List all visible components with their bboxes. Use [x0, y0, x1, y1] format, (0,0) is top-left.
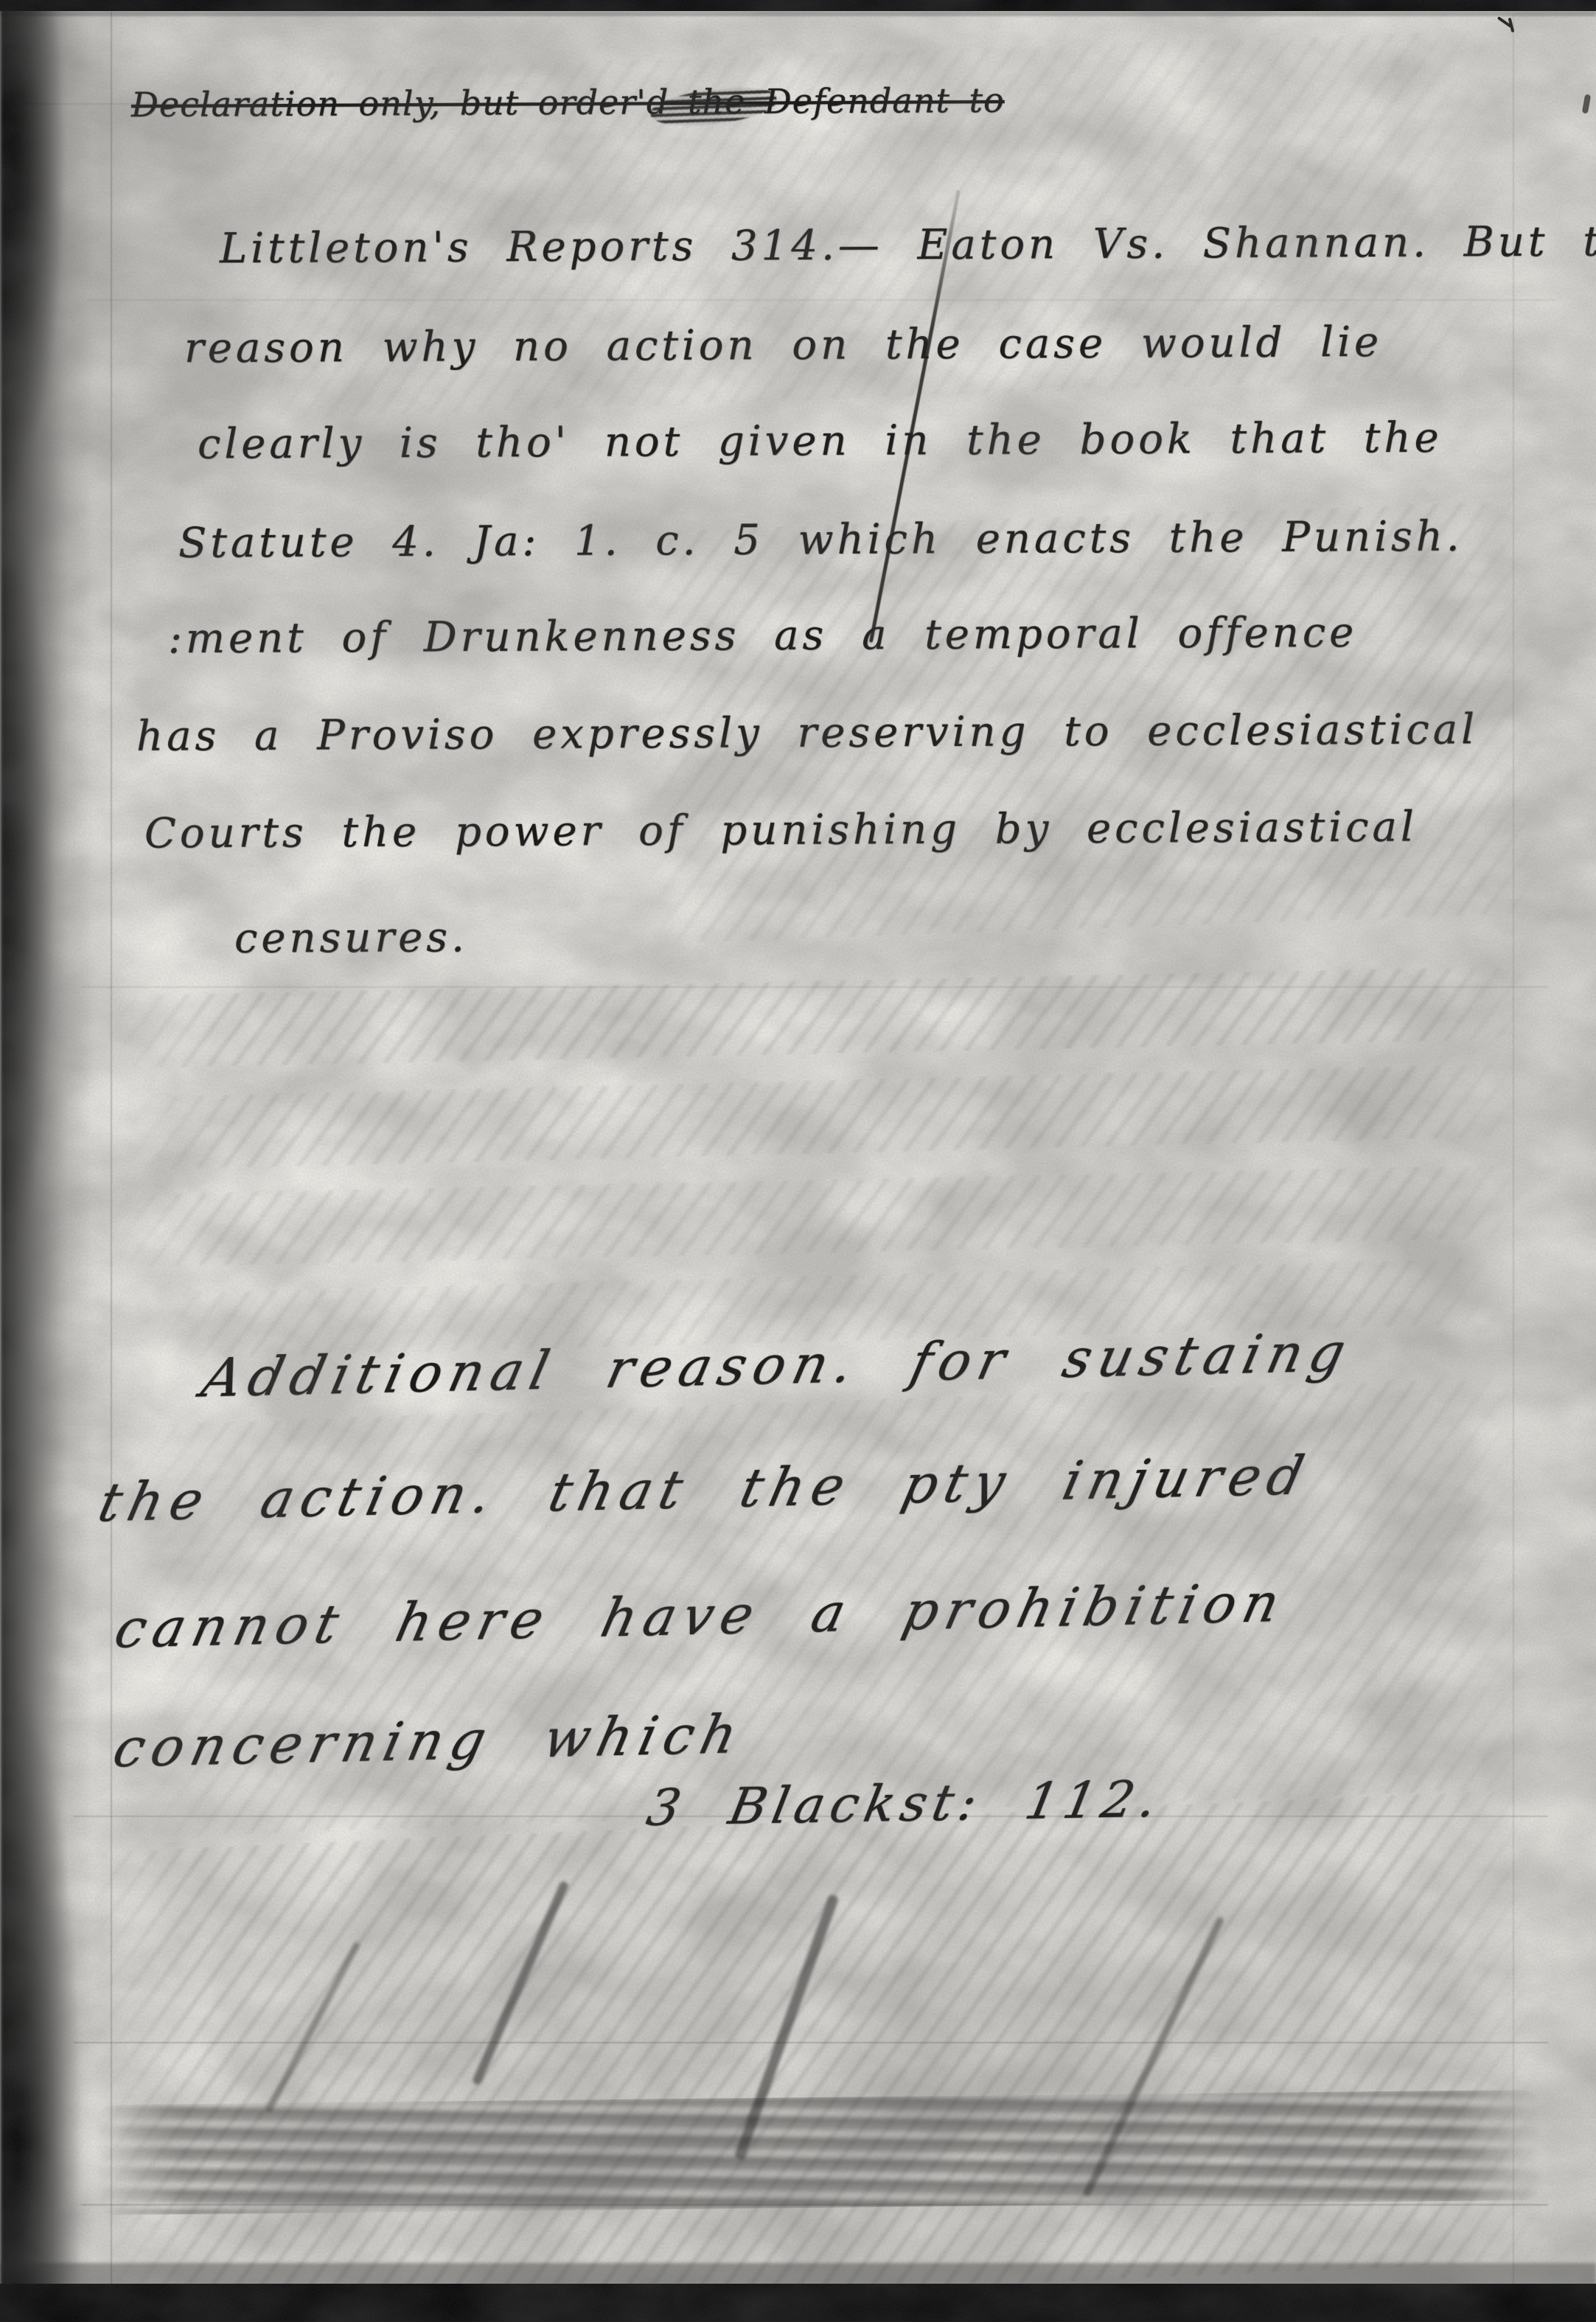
handwritten-line: :ment of Drunkenness as a temporal offen…	[168, 609, 1358, 663]
citation-line: 3 Blackst: 112.	[642, 1771, 1167, 1838]
handwritten-line: Statute 4. Ja: 1. c. 5 which enacts the …	[178, 512, 1463, 567]
ruled-hairline	[81, 2204, 1548, 2206]
ink-smudge-band	[95, 2090, 1541, 2216]
struck-handwritten-line: Declaration only, but order'd the Defend…	[131, 80, 1005, 125]
handwritten-line: censures.	[234, 913, 468, 963]
handwritten-line: clearly is tho' not given in the book th…	[198, 414, 1443, 469]
handwritten-line: reason why no action on the case would l…	[184, 318, 1382, 373]
margin-rule-left	[111, 12, 112, 2290]
bottom-edge-bar	[0, 2284, 1596, 2322]
handwritten-line: Littleton's Reports 314.— Eaton Vs. Shan…	[220, 217, 1596, 273]
gutter-shadow	[0, 0, 92, 2322]
manuscript-page: Declaration only, but order'd the Defend…	[0, 0, 1596, 2322]
top-edge-shadow	[0, 11, 1596, 16]
ruled-hairline	[74, 2042, 1548, 2043]
handwritten-line: Courts the power of punishing by ecclesi…	[144, 803, 1418, 857]
margin-rule-right	[1513, 15, 1514, 2285]
ruled-hairline	[81, 986, 1548, 988]
bottom-edge-shadow	[0, 2263, 1596, 2285]
ruled-hairline	[88, 299, 1555, 301]
handwritten-line: has a Proviso expressly reserving to ecc…	[136, 705, 1478, 761]
top-edge-bar	[0, 0, 1596, 11]
